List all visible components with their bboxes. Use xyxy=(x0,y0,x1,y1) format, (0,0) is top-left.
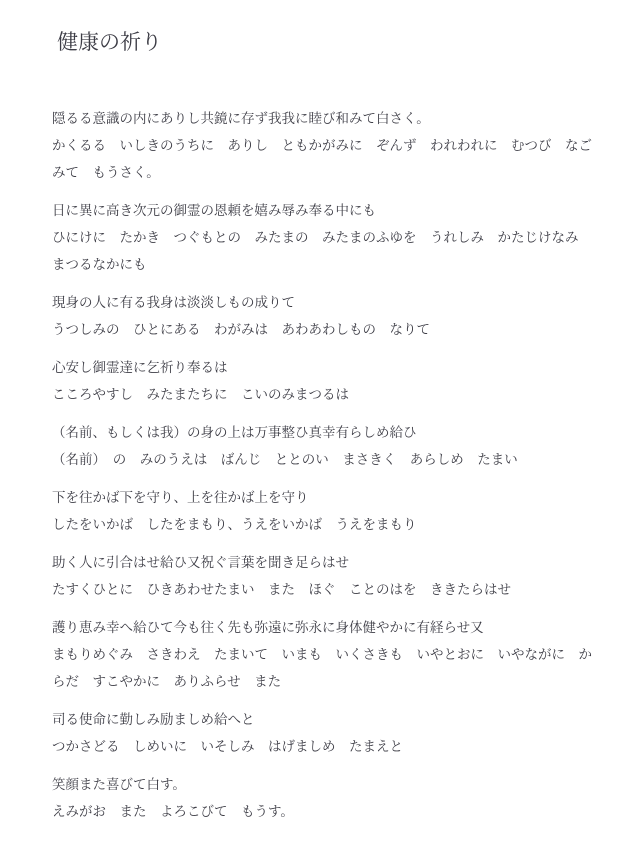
prayer-verse: （名前、もしくは我）の身の上は万事整ひ真幸有らしめ給ひ （名前） の みのうえは… xyxy=(52,420,592,474)
document-page: 健康の祈り 隠るる意識の内にありし共鏡に存ず我我に睦び和みて白さく。 かくるる … xyxy=(0,0,619,851)
verse-reading-line: うつしみの ひとにある わがみは あわあわしもの なりて xyxy=(52,317,592,344)
verse-main-line: 下を往かば下を守り、上を往かば上を守り xyxy=(52,485,592,512)
verse-reading-line: ひにけに たかき つぐもとの みたまの みたまのふゆを うれしみ かたじけなみ … xyxy=(52,225,592,279)
prayer-verse: 心安し御霊達に乞祈り奉るは こころやすし みたまたちに こいのみまつるは xyxy=(52,355,592,409)
prayer-verse: 司る使命に勤しみ励ましめ給へと つかさどる しめいに いそしみ はげましめ たま… xyxy=(52,707,592,761)
prayer-verse: 助く人に引合はせ給ひ又祝ぐ言葉を聞き足らはせ たすくひとに ひきあわせたまい ま… xyxy=(52,550,592,604)
verse-reading-line: こころやすし みたまたちに こいのみまつるは xyxy=(52,382,592,409)
verse-main-line: 助く人に引合はせ給ひ又祝ぐ言葉を聞き足らはせ xyxy=(52,550,592,577)
verse-reading-line: まもりめぐみ さきわえ たまいて いまも いくさきも いやとおに いやながに か… xyxy=(52,642,592,696)
prayer-text: 隠るる意識の内にありし共鏡に存ず我我に睦び和みて白さく。 かくるる いしきのうち… xyxy=(52,106,592,826)
verse-main-line: 隠るる意識の内にありし共鏡に存ず我我に睦び和みて白さく。 xyxy=(52,106,592,133)
prayer-verse: 日に異に高き次元の御霊の恩頼を嬉み辱み奉る中にも ひにけに たかき つぐもとの … xyxy=(52,198,592,279)
verse-main-line: （名前、もしくは我）の身の上は万事整ひ真幸有らしめ給ひ xyxy=(52,420,592,447)
prayer-verse: 現身の人に有る我身は淡淡しもの成りて うつしみの ひとにある わがみは あわあわ… xyxy=(52,290,592,344)
prayer-verse: 下を往かば下を守り、上を往かば上を守り したをいかば したをまもり、うえをいかば… xyxy=(52,485,592,539)
verse-reading-line: かくるる いしきのうちに ありし ともかがみに ぞんず われわれに むつび なご… xyxy=(52,133,592,187)
page-title: 健康の祈り xyxy=(57,30,591,55)
verse-main-line: 護り恵み幸へ給ひて今も往く先も弥遠に弥永に身体健やかに有経らせ又 xyxy=(52,615,592,642)
verse-reading-line: たすくひとに ひきあわせたまい また ほぐ ことのはを ききたらはせ xyxy=(52,577,592,604)
verse-main-line: 日に異に高き次元の御霊の恩頼を嬉み辱み奉る中にも xyxy=(52,198,592,225)
prayer-verse: 笑顔また喜びて白す。 えみがお また よろこびて もうす。 xyxy=(52,772,592,826)
prayer-verse: 護り恵み幸へ給ひて今も往く先も弥遠に弥永に身体健やかに有経らせ又 まもりめぐみ … xyxy=(52,615,592,696)
verse-reading-line: （名前） の みのうえは ばんじ ととのい まさきく あらしめ たまい xyxy=(52,447,592,474)
prayer-verse: 隠るる意識の内にありし共鏡に存ず我我に睦び和みて白さく。 かくるる いしきのうち… xyxy=(52,106,592,187)
verse-main-line: 心安し御霊達に乞祈り奉るは xyxy=(52,355,592,382)
verse-reading-line: つかさどる しめいに いそしみ はげましめ たまえと xyxy=(52,734,592,761)
verse-reading-line: えみがお また よろこびて もうす。 xyxy=(52,799,592,826)
verse-reading-line: したをいかば したをまもり、うえをいかば うえをまもり xyxy=(52,512,592,539)
verse-main-line: 司る使命に勤しみ励ましめ給へと xyxy=(52,707,592,734)
verse-main-line: 現身の人に有る我身は淡淡しもの成りて xyxy=(52,290,592,317)
verse-main-line: 笑顔また喜びて白す。 xyxy=(52,772,592,799)
